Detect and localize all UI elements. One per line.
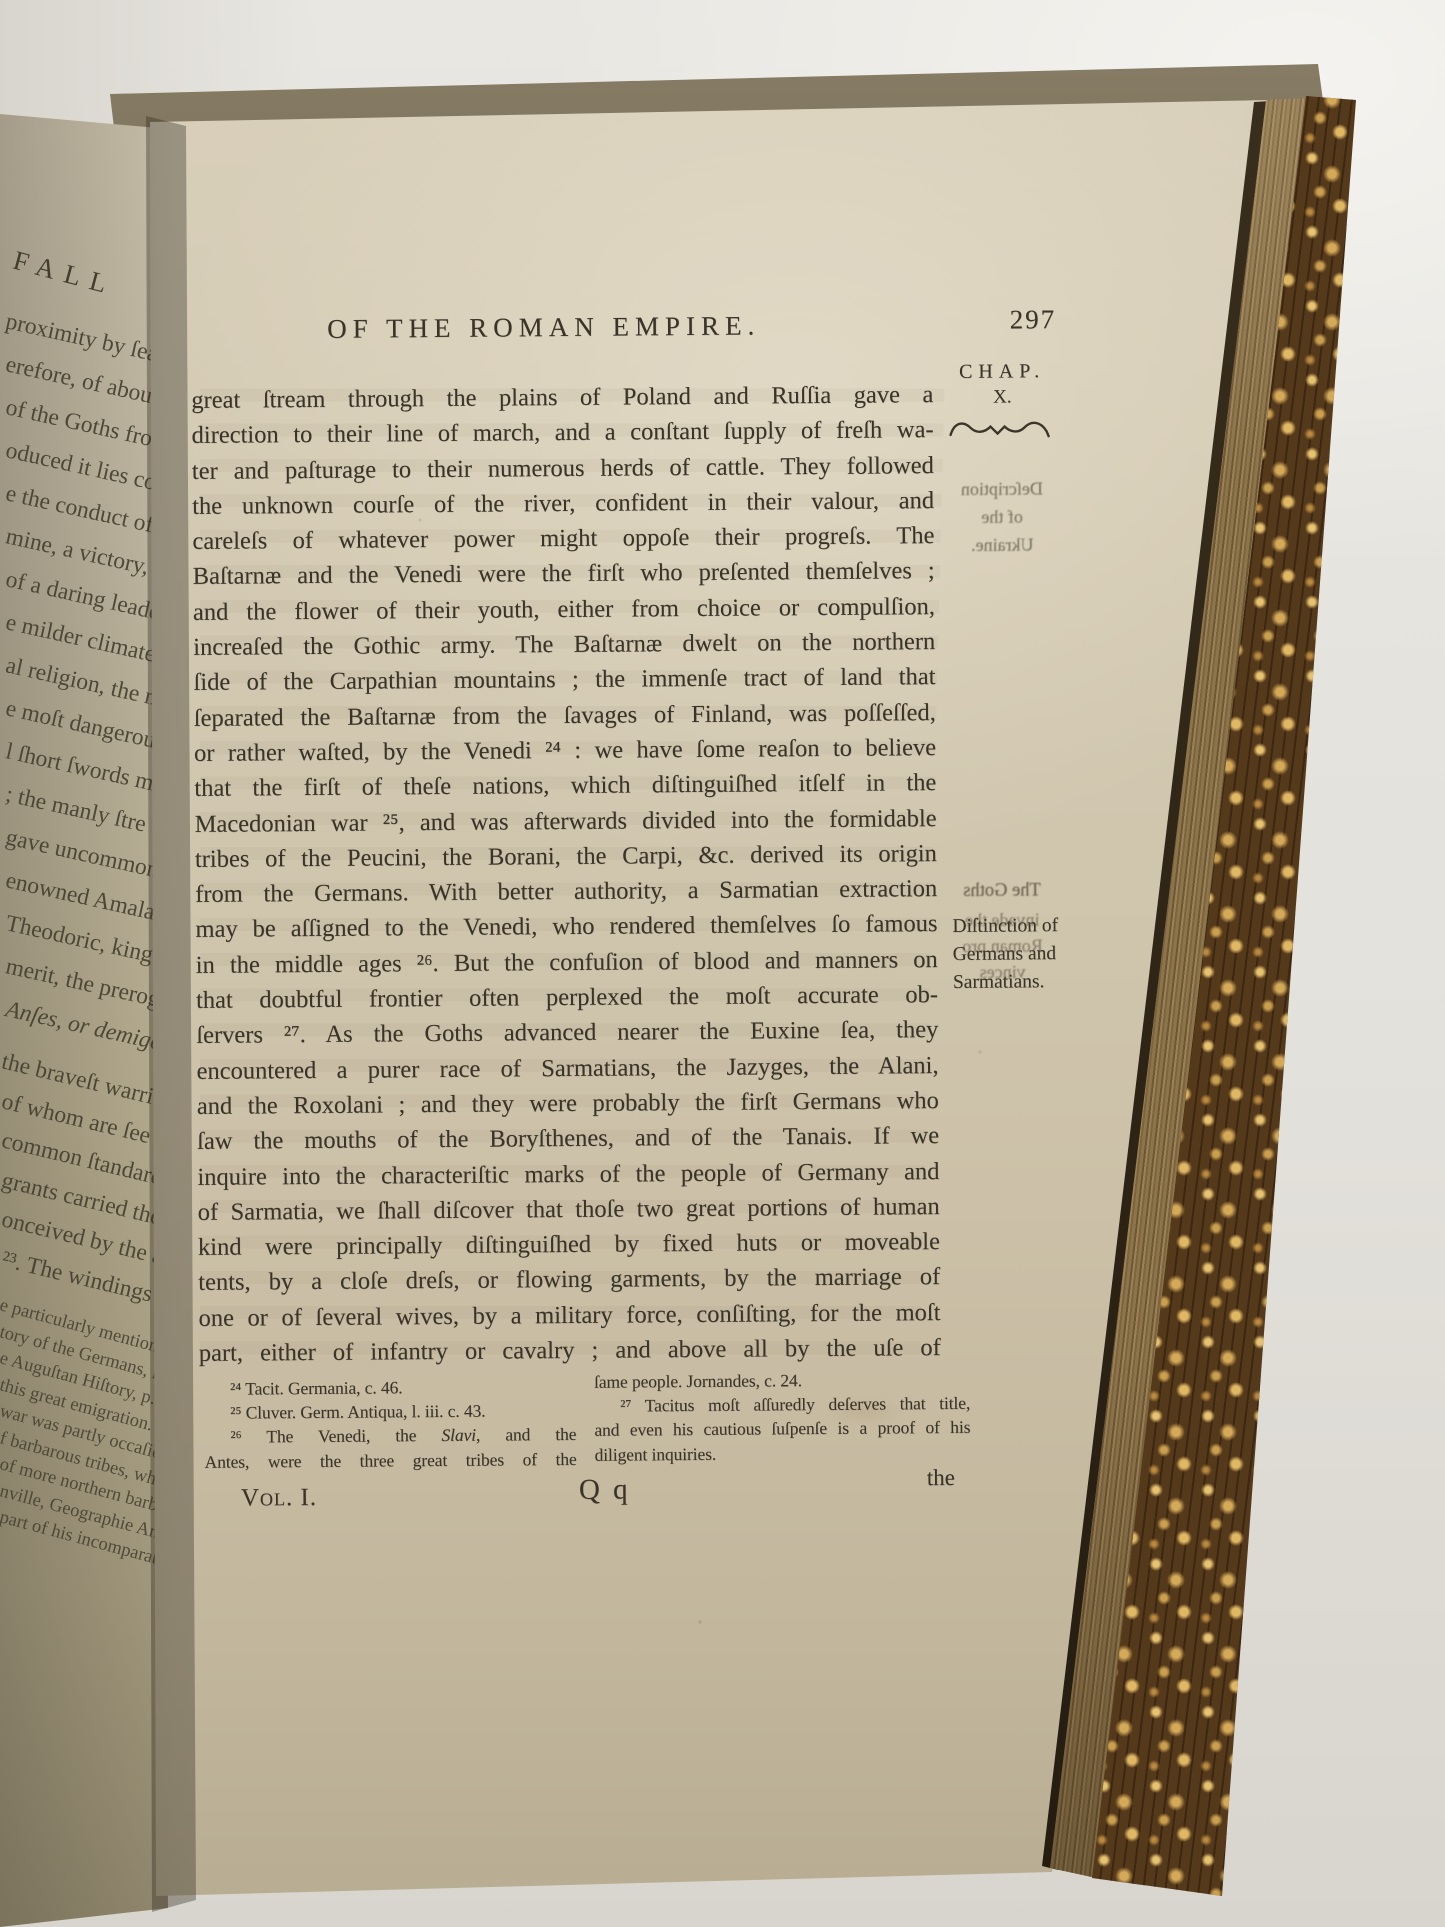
- showthrough-margin-note-ukraine: Deſcriptionof theUkraine.: [941, 474, 1064, 559]
- body-line: ſide of the Carpathian mountains ; the i…: [193, 663, 935, 704]
- body-line: ter and paſturage to their numerous herd…: [192, 452, 934, 493]
- footnote-27-line3: diligent inquiries.: [595, 1441, 971, 1468]
- page-number: 297: [1010, 304, 1057, 335]
- body-line: in the middle ages ²⁶. But the confuſion…: [196, 946, 938, 987]
- showthrough-line: Ukraine.: [941, 530, 1063, 559]
- body-line: from the Germans. With better authority,…: [195, 875, 937, 916]
- margin-note-line: Germans and: [953, 940, 1083, 969]
- footnote-26-italic: Slavi: [441, 1425, 476, 1445]
- body-line: that doubtful frontier often perplexed t…: [196, 981, 938, 1022]
- chapter-heading: CHAP. X.: [948, 360, 1056, 409]
- chapter-numeral: X.: [948, 386, 1056, 409]
- margin-note-distinction: Diſtinction ofGermans andSarmatians.: [952, 912, 1083, 997]
- body-line: Macedonian war ²⁵, and was afterwards di…: [195, 805, 937, 846]
- body-line: careleſs of whatever power might oppoſe …: [192, 522, 934, 563]
- footnote-26-line1: ²⁶ The Venedi, the Slavi, and the: [204, 1424, 576, 1451]
- margin-note-line: Sarmatians.: [953, 968, 1083, 997]
- footnote-column-right: ſame people. Jornandes, c. 24. ²⁷ Tacitu…: [594, 1369, 971, 1469]
- margin-note-line: Diſtinction of: [952, 912, 1082, 941]
- body-line: inquire into the characteriſtic marks of…: [197, 1158, 939, 1199]
- chapter-flourish: [946, 416, 1052, 445]
- footnote-27-line1: ²⁷ Tacitus moſt aſſuredly deſerves that …: [594, 1393, 970, 1420]
- body-line: ſervers ²⁷. As the Goths advanced nearer…: [196, 1016, 938, 1057]
- footnote-26-post: , and the: [476, 1424, 577, 1445]
- footnote-26-end: ſame people. Jornandes, c. 24.: [594, 1369, 970, 1396]
- footnote-26-pre: ²⁶ The Venedi, the: [230, 1425, 441, 1447]
- body-line: and the Roxolani ; and they were probabl…: [197, 1087, 939, 1128]
- book-photograph: FALL proximity by ſeaerefore, of aboutof…: [0, 0, 1445, 1927]
- body-line: encountered a purer race of Sarmatians, …: [196, 1052, 938, 1093]
- body-line: ſeparated the Baſtarnæ from the ſavages …: [194, 699, 936, 740]
- body-line: Baſtarnæ and the Venedi were the firſt w…: [193, 558, 935, 599]
- showthrough-margin-note-goths: The Goths: [940, 880, 1064, 902]
- body-line: ſaw the mouths of the Boryſthenes, and o…: [197, 1122, 939, 1163]
- footnote-27-line2: and even his cautious ſuſpenſe is a proo…: [594, 1417, 970, 1444]
- body-line: of Sarmatia, we ſhall diſcover that thoſ…: [198, 1193, 940, 1234]
- body-line: great ſtream through the plains of Polan…: [191, 381, 933, 422]
- body-line: or rather waſted, by the Venedi ²⁴ : we …: [194, 734, 936, 775]
- catchword: the: [927, 1465, 955, 1491]
- body-line: tents, by a cloſe dreſs, or flowing garm…: [198, 1263, 940, 1304]
- showthrough-line: of the: [941, 502, 1063, 531]
- signature-mark: Q q: [579, 1474, 631, 1507]
- footnote-24: ²⁴ Tacit. Germania, c. 46.: [204, 1376, 576, 1403]
- showthrough-line: Deſcription: [941, 474, 1063, 503]
- body-line: direction to their line of march, and a …: [191, 416, 933, 457]
- body-line: tribes of the Peucini, the Borani, the C…: [195, 840, 937, 881]
- body-text: great ſtream through the plains of Polan…: [191, 381, 941, 1375]
- chapter-label: CHAP.: [948, 360, 1056, 384]
- body-line: one or of ſeveral wives, by a military f…: [198, 1299, 940, 1340]
- footnote-column-left: ²⁴ Tacit. Germania, c. 46. ²⁵ Cluver. Ge…: [204, 1376, 577, 1476]
- body-line: the unknown courſe of the river, confide…: [192, 487, 934, 528]
- body-line: and the flower of their youth, either fr…: [193, 593, 935, 634]
- running-head: OF THE ROMAN EMPIRE.: [176, 309, 912, 346]
- body-line: may be aſſigned to the Venedi, who rende…: [195, 911, 937, 952]
- body-line: increaſed the Gothic army. The Baſtarnæ …: [193, 628, 935, 669]
- footnote-26-line2: Antes, were the three great tribes of th…: [205, 1448, 577, 1475]
- volume-label: Vol. I.: [241, 1484, 317, 1513]
- body-line: kind were principally diſtinguiſhed by f…: [198, 1228, 940, 1269]
- body-line: that the firſt of theſe nations, which d…: [194, 769, 936, 810]
- footnote-25: ²⁵ Cluver. Germ. Antiqua, l. iii. c. 43.: [204, 1400, 576, 1427]
- left-page-running-head-fragment: FALL: [10, 245, 120, 302]
